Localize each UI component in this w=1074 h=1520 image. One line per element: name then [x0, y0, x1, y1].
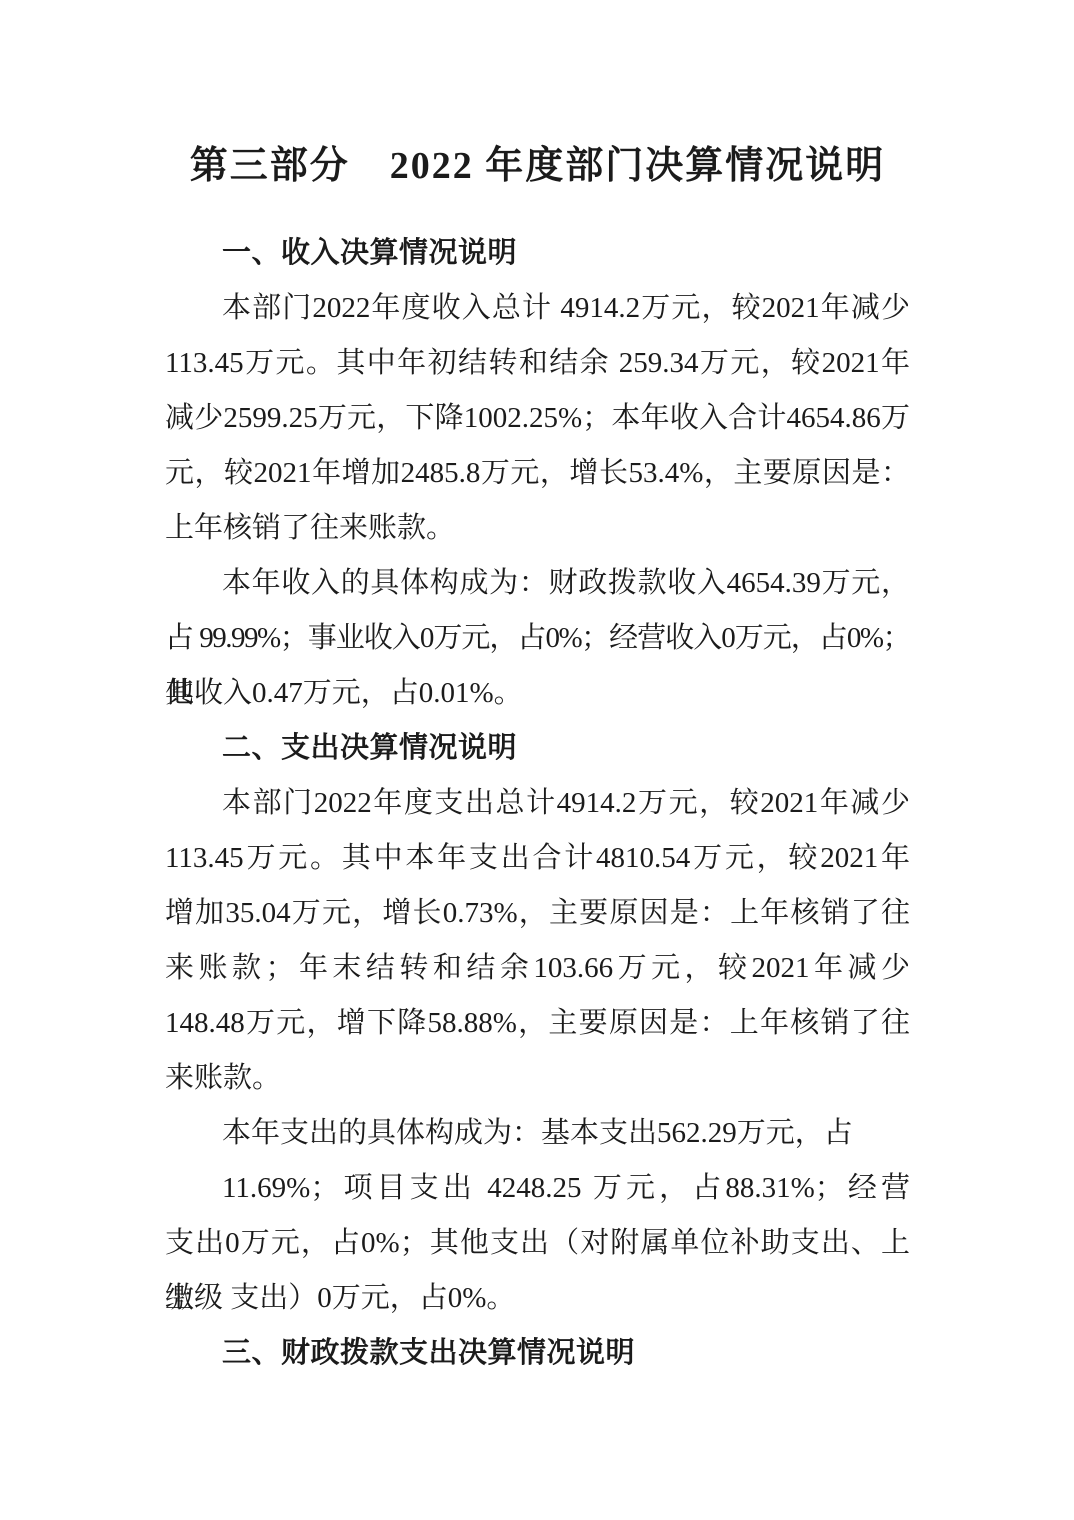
body-line: 113.45万元。其中年初结转和结余 259.34万元，较2021年: [165, 336, 910, 391]
body-line: 支出0万元，占0%；其他支出（对附属单位补助支出、上缴: [165, 1216, 910, 1271]
document-title: 第三部分 2022 年度部门决算情况说明: [165, 138, 910, 194]
body-line: 占 99.99%；事业收入0万元，占0%；经营收入0万元，占0%；其: [165, 611, 910, 666]
section-heading-income: 一、收入决算情况说明: [165, 226, 910, 281]
section-heading-fiscal-appropriation: 三、财政拨款支出决算情况说明: [165, 1326, 910, 1381]
body-line: 本年收入的具体构成为：财政拨款收入4654.39万元，: [165, 556, 910, 611]
section-heading-expenditure: 二、支出决算情况说明: [165, 721, 910, 776]
body-line: 11.69%；项目支出 4248.25 万元，占88.31%；经营: [165, 1161, 910, 1216]
body-line: 来账款；年末结转和结余103.66万元，较2021年减少: [165, 941, 910, 996]
body-line: 上级 支出）0万元，占0%。: [165, 1271, 910, 1326]
body-line: 148.48万元，增下降58.88%，主要原因是：上年核销了往: [165, 996, 910, 1051]
body-line: 上年核销了往来账款。: [165, 501, 910, 556]
body-line: 本年支出的具体构成为：基本支出562.29万元，占: [165, 1106, 910, 1161]
body-line: 本部门2022年度收入总计 4914.2万元，较2021年减少: [165, 281, 910, 336]
body-line: 减少2599.25万元，下降1002.25%；本年收入合计4654.86万: [165, 391, 910, 446]
body-line: 增加35.04万元，增长0.73%，主要原因是：上年核销了往: [165, 886, 910, 941]
body-line: 他收入0.47万元，占0.01%。: [165, 666, 910, 721]
body-line: 元，较2021年增加2485.8万元，增长53.4%，主要原因是：: [165, 446, 910, 501]
body-line: 来账款。: [165, 1051, 910, 1106]
body-line: 本部门2022年度支出总计4914.2万元，较2021年减少: [165, 776, 910, 831]
body-line: 113.45万元。其中本年支出合计4810.54万元，较2021年: [165, 831, 910, 886]
document-page: 第三部分 2022 年度部门决算情况说明 一、收入决算情况说明 本部门2022年…: [0, 0, 1074, 1520]
